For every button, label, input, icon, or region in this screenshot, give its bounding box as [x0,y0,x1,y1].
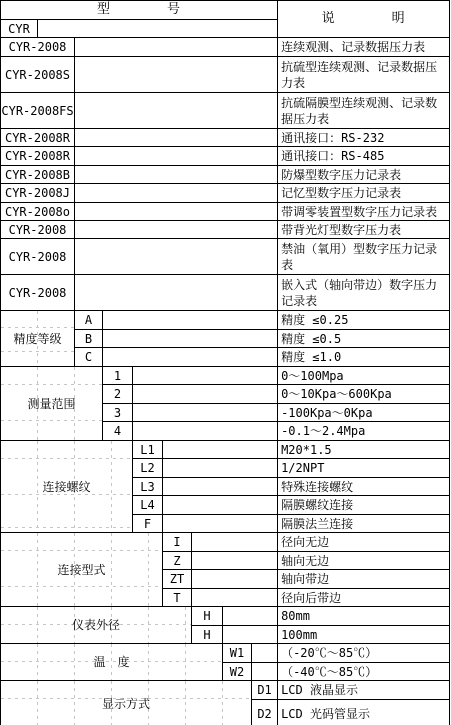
option-desc-cell: （-40℃～85℃） [278,663,450,681]
group-label-connection-type: 连接型式 [1,533,163,607]
spacer-cell [75,239,278,275]
option-code-cell: H [192,626,223,644]
option-code-cell: A [75,311,103,330]
table-row: 仪表外径 H 80mm [1,607,450,626]
option-code-cell: L2 [133,459,163,478]
model-code-cell: CYR-2008FS [1,93,75,129]
option-code-cell: ZT [163,570,192,589]
model-code-cell: CYR-2008 [1,239,75,275]
spacer-cell [192,533,278,552]
table-row: CYR-2008o 带调零装置型数字压力记录表 [1,203,450,221]
group-label-thread: 连接螺纹 [1,441,133,533]
spacer-cell [163,515,278,533]
group-label-display: 显示方式 [1,681,252,725]
spacer-cell [192,570,278,589]
model-desc-cell: 通讯接口：RS-485 [278,147,450,166]
option-code-cell: T [163,589,192,607]
option-desc-cell: 0～10Kpa～600Kpa [278,385,450,404]
table-row: 型 号 说 明 [1,1,450,20]
option-code-cell: W2 [223,663,252,681]
option-code-cell: I [163,533,192,552]
model-desc-cell: 防爆型数字压力记录表 [278,166,450,184]
option-desc-cell: 径向后带边 [278,589,450,607]
option-desc-cell: 精度 ≤0.25 [278,311,450,330]
spacer-cell [192,589,278,607]
model-code-cell: CYR-2008 [1,275,75,311]
spacer-cell [75,147,278,166]
spacer-cell [75,129,278,147]
option-code-cell: 3 [103,404,133,422]
group-label-range: 测量范围 [1,367,103,441]
option-desc-cell: 80mm [278,607,450,626]
model-code-cell: CYR-2008S [1,57,75,93]
description-column-header: 说 明 [278,1,450,38]
spacer-cell [163,478,278,496]
option-desc-cell: 1/2NPT [278,459,450,478]
table-row: CYR-2008 嵌入式（轴向带边）数字压力记录表 [1,275,450,311]
option-desc-cell: 隔膜法兰连接 [278,515,450,533]
spec-sheet: 型 号 说 明 CYR CYR-2008 连续观测、记录数据压力表 CYR-20… [0,0,451,725]
option-desc-cell: -100Kpa～0Kpa [278,404,450,422]
table-row: 显示方式 D1 LCD 液晶显示 [1,681,450,700]
spacer-cell [252,663,278,681]
group-label-diameter: 仪表外径 [1,607,192,644]
model-desc-cell: 抗硫隔膜型连续观测、记录数据压力表 [278,93,450,129]
model-code-cell: CYR-2008 [1,221,75,239]
spacer-cell [133,404,278,422]
spacer-cell [133,422,278,441]
spacer-cell [75,38,278,57]
option-desc-cell: 特殊连接螺纹 [278,478,450,496]
spacer-cell [103,330,278,348]
option-desc-cell: LCD 光码管显示 [278,700,450,725]
spacer-cell [192,552,278,570]
option-code-cell: D2 [252,700,278,725]
option-desc-cell: 隔膜螺纹连接 [278,496,450,515]
table-row: CYR-2008R 通讯接口：RS-232 [1,129,450,147]
table-row: 温 度 W1 （-20℃～85℃） [1,644,450,663]
option-code-cell: D1 [252,681,278,700]
series-prefix-cell: CYR [1,20,38,38]
table-row: 测量范围 1 0～100Mpa [1,367,450,385]
model-desc-cell: 带背光灯型数字压力表 [278,221,450,239]
spacer-cell [75,203,278,221]
option-code-cell: L1 [133,441,163,459]
table-row: CYR-2008 连续观测、记录数据压力表 [1,38,450,57]
spacer-cell [133,385,278,404]
option-desc-cell: （-20℃～85℃） [278,644,450,663]
spacer-cell [223,626,278,644]
model-code-cell: CYR-2008J [1,184,75,203]
table-row: CYR-2008FS 抗硫隔膜型连续观测、记录数据压力表 [1,93,450,129]
model-desc-cell: 通讯接口：RS-232 [278,129,450,147]
model-code-cell: CYR-2008R [1,147,75,166]
model-code-cell: CYR-2008R [1,129,75,147]
table-row: CYR-2008S 抗硫型连续观测、记录数据压力表 [1,57,450,93]
option-code-cell: H [192,607,223,626]
option-code-cell: Z [163,552,192,570]
model-desc-cell: 嵌入式（轴向带边）数字压力记录表 [278,275,450,311]
model-code-cell: CYR-2008o [1,203,75,221]
option-desc-cell: 精度 ≤0.5 [278,330,450,348]
spacer-cell [252,644,278,663]
spacer-cell [163,441,278,459]
option-desc-cell: 轴向带边 [278,570,450,589]
model-spec-table: 型 号 说 明 CYR CYR-2008 连续观测、记录数据压力表 CYR-20… [0,0,450,725]
spacer-cell [223,607,278,626]
spacer-cell [75,93,278,129]
spacer-cell [75,184,278,203]
option-desc-cell: LCD 液晶显示 [278,681,450,700]
table-row: 连接型式 I 径向无边 [1,533,450,552]
table-row: CYR-2008B 防爆型数字压力记录表 [1,166,450,184]
option-desc-cell: M20*1.5 [278,441,450,459]
option-code-cell: F [133,515,163,533]
model-column-header: 型 号 [1,1,278,20]
option-desc-cell: 轴向无边 [278,552,450,570]
option-code-cell: L3 [133,478,163,496]
option-code-cell: 2 [103,385,133,404]
model-code-cell: CYR-2008B [1,166,75,184]
spacer-cell [163,459,278,478]
option-desc-cell: 0～100Mpa [278,367,450,385]
spacer-cell [75,166,278,184]
model-desc-cell: 禁油（氧用）型数字压力记录表 [278,239,450,275]
spacer-cell [75,275,278,311]
spacer-cell [75,57,278,93]
option-desc-cell: 径向无边 [278,533,450,552]
table-row: 连接螺纹 L1 M20*1.5 [1,441,450,459]
model-code-cell: CYR-2008 [1,38,75,57]
option-code-cell: L4 [133,496,163,515]
option-code-cell: 1 [103,367,133,385]
option-code-cell: B [75,330,103,348]
spacer-cell [75,221,278,239]
spacer-cell [38,20,278,38]
option-code-cell: W1 [223,644,252,663]
spacer-cell [163,496,278,515]
option-desc-cell: -0.1～2.4Mpa [278,422,450,441]
spacer-cell [103,348,278,367]
option-code-cell: C [75,348,103,367]
table-row: CYR-2008 带背光灯型数字压力表 [1,221,450,239]
table-row: CYR-2008 禁油（氧用）型数字压力记录表 [1,239,450,275]
group-label-accuracy: 精度等级 [1,311,75,367]
table-row: CYR-2008J 记忆型数字压力记录表 [1,184,450,203]
table-row: 精度等级 A 精度 ≤0.25 [1,311,450,330]
model-desc-cell: 带调零装置型数字压力记录表 [278,203,450,221]
table-row: CYR-2008R 通讯接口：RS-485 [1,147,450,166]
spacer-cell [103,311,278,330]
group-label-temperature: 温 度 [1,644,223,681]
option-code-cell: 4 [103,422,133,441]
model-desc-cell: 抗硫型连续观测、记录数据压力表 [278,57,450,93]
model-desc-cell: 连续观测、记录数据压力表 [278,38,450,57]
option-desc-cell: 精度 ≤1.0 [278,348,450,367]
option-desc-cell: 100mm [278,626,450,644]
model-desc-cell: 记忆型数字压力记录表 [278,184,450,203]
spacer-cell [133,367,278,385]
